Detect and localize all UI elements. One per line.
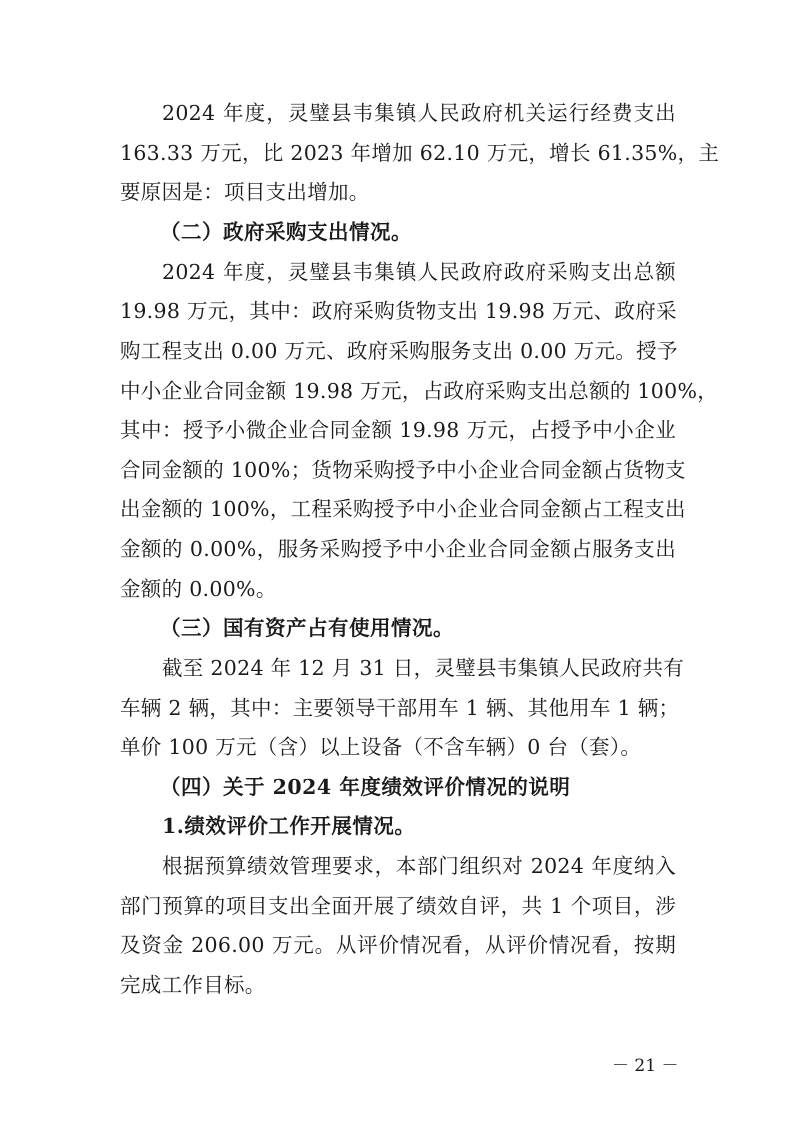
paragraph-line: 2024 年度，灵璧县韦集镇人民政府政府采购支出总额 — [162, 258, 676, 286]
paragraph-line: 要原因是：项目支出增加。 — [120, 178, 676, 206]
paragraph-line: 163.33 万元，比 2023 年增加 62.10 万元，增长 61.35%，… — [120, 139, 676, 167]
subsection-heading-evaluation: 1.绩效评价工作开展情况。 — [162, 812, 415, 840]
section-heading-performance: （四）关于 2024 年度绩效评价情况的说明 — [160, 773, 570, 801]
paragraph-line: 完成工作目标。 — [120, 971, 676, 999]
paragraph-line: 其中：授予小微企业合同金额 19.98 万元，占授予中小企业 — [120, 416, 676, 444]
paragraph-line: 中小企业合同金额 19.98 万元，占政府采购支出总额的 100%， — [120, 377, 676, 405]
paragraph-line: 2024 年度，灵璧县韦集镇人民政府机关运行经费支出 — [162, 99, 676, 127]
paragraph-line: 金额的 0.00%，服务采购授予中小企业合同金额占服务支出 — [120, 535, 676, 563]
page-number: － 21 － — [612, 1055, 678, 1077]
paragraph-line: 车辆 2 辆，其中：主要领导干部用车 1 辆、其他用车 1 辆； — [120, 694, 676, 722]
paragraph-line: 根据预算绩效管理要求，本部门组织对 2024 年度纳入 — [162, 852, 676, 880]
paragraph-line: 金额的 0.00%。 — [120, 575, 676, 603]
paragraph-line: 合同金额的 100%；货物采购授予中小企业合同金额占货物支 — [120, 456, 676, 484]
paragraph-line: 出金额的 100%，工程采购授予中小企业合同金额占工程支出 — [120, 495, 676, 523]
section-heading-assets: （三）国有资产占有使用情况。 — [160, 614, 454, 642]
paragraph-line: 单价 100 万元（含）以上设备（不含车辆）0 台（套）。 — [120, 733, 676, 761]
paragraph-line: 购工程支出 0.00 万元、政府采购服务支出 0.00 万元。授予 — [120, 337, 676, 365]
paragraph-line: 截至 2024 年 12 月 31 日，灵璧县韦集镇人民政府共有 — [162, 654, 676, 682]
section-heading-procurement: （二）政府采购支出情况。 — [160, 218, 412, 246]
document-page: 2024 年度，灵璧县韦集镇人民政府机关运行经费支出 163.33 万元，比 2… — [0, 0, 793, 1122]
paragraph-line: 19.98 万元，其中：政府采购货物支出 19.98 万元、政府采 — [120, 297, 676, 325]
paragraph-line: 部门预算的项目支出全面开展了绩效自评，共 1 个项目，涉 — [120, 892, 676, 920]
paragraph-line: 及资金 206.00 万元。从评价情况看，从评价情况看，按期 — [120, 931, 676, 959]
